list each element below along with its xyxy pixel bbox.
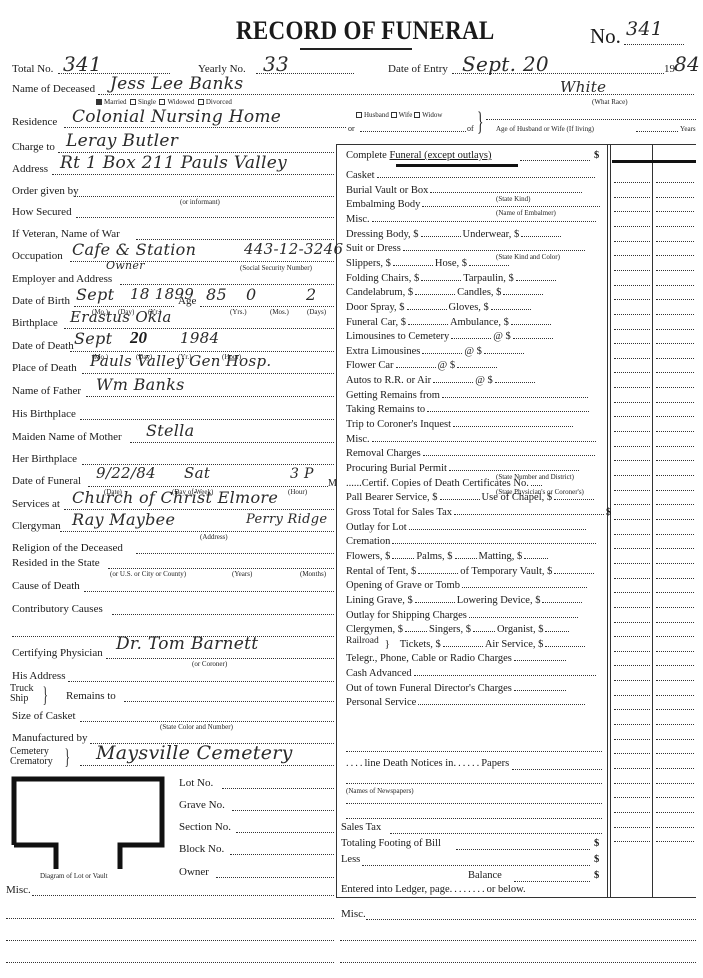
of-label: of [467, 125, 474, 133]
amount-field[interactable] [656, 739, 694, 740]
misc-right-field-3[interactable] [340, 962, 696, 963]
dob-month-field[interactable]: Sept [76, 285, 114, 304]
amount-field[interactable] [656, 431, 694, 432]
amount-field[interactable] [614, 402, 650, 403]
age-years-field[interactable]: 85 [206, 285, 227, 304]
charge-field[interactable] [430, 192, 581, 193]
amount-field[interactable] [614, 241, 650, 242]
lot-no-field[interactable] [222, 788, 334, 789]
amount-field[interactable] [656, 329, 694, 330]
amount-field[interactable] [656, 651, 694, 652]
diagram-caption: Diagram of Lot or Vault [40, 872, 108, 880]
checkbox-icon[interactable] [159, 99, 165, 105]
amount-field[interactable] [656, 827, 694, 828]
charge-field[interactable] [524, 558, 548, 559]
amount-field[interactable] [614, 753, 650, 754]
amount-field[interactable] [656, 709, 694, 710]
resided-caption: (or U.S. or City or County) [110, 570, 186, 578]
charge-field[interactable] [449, 470, 579, 471]
amount-field[interactable] [614, 358, 650, 359]
ledger-label: Entered into Ledger, page........or belo… [341, 884, 526, 896]
mos-caption: (Mos.) [270, 308, 289, 316]
charge-field[interactable] [377, 177, 596, 178]
amount-field[interactable] [656, 548, 694, 549]
casket-size-field[interactable] [80, 721, 334, 722]
amount-field[interactable] [614, 343, 650, 344]
total-no-field[interactable]: 341 [63, 52, 102, 76]
charge-field[interactable] [422, 206, 599, 207]
charge-field[interactable] [372, 441, 596, 442]
address-label: Address [12, 163, 48, 176]
amount-field[interactable] [656, 197, 694, 198]
charge-field[interactable] [392, 558, 414, 559]
dod-month-field[interactable]: Sept [74, 329, 112, 348]
amount-field[interactable] [614, 724, 650, 725]
charge-label: Autos to R.R. or Air [346, 375, 431, 386]
mother-field[interactable]: Stella [146, 421, 194, 440]
wife-checkbox[interactable]: Wife [391, 111, 413, 119]
charge-label: Folding Chairs, $ [346, 273, 419, 284]
charge-label: of Temporary Vault, $ [460, 566, 552, 577]
year-field[interactable]: 84 [674, 52, 700, 76]
charge-field[interactable] [542, 602, 582, 603]
vault-diagram-icon [10, 775, 166, 869]
charge-label: Ambulance, $ [450, 317, 509, 328]
charge-label: Outlay for Shipping Charges [346, 610, 467, 621]
address-field[interactable]: Rt 1 Box 211 Pauls Valley [60, 153, 287, 173]
amount-field[interactable] [656, 665, 694, 666]
railroad-truck-label: Railroad [346, 637, 379, 646]
charge-row: Embalming Body(Name of Embalmer) [346, 199, 602, 211]
amount-field[interactable] [614, 534, 650, 535]
amount-field[interactable] [656, 607, 694, 608]
age-months-field[interactable]: 0 [246, 285, 256, 304]
widowed-checkbox[interactable]: Widowed [159, 98, 194, 106]
charge-row: Outlay for Shipping Charges [346, 610, 580, 622]
amount-field[interactable] [614, 827, 650, 828]
charge-label: Cremation [346, 536, 390, 547]
charge-field[interactable] [491, 309, 531, 310]
occupation-field[interactable]: Cafe & Station [72, 240, 196, 259]
dob-label: Date of Birth [12, 295, 70, 308]
charge-label: Tickets, $ [400, 639, 441, 650]
amount-field[interactable] [656, 314, 694, 315]
amount-field[interactable] [656, 563, 694, 564]
order-given-by-field[interactable] [74, 196, 334, 197]
amount-field[interactable] [614, 680, 650, 681]
amount-field[interactable] [656, 358, 694, 359]
religion-field[interactable] [136, 553, 334, 554]
amount-field[interactable] [614, 563, 650, 564]
or-label: or [348, 125, 355, 133]
amount-field[interactable] [656, 636, 694, 637]
charge-field[interactable] [545, 646, 585, 647]
date-of-entry-field[interactable]: Sept. 20 [462, 52, 549, 76]
amount-field[interactable] [656, 446, 694, 447]
charge-field[interactable] [405, 631, 427, 632]
charge-field[interactable] [409, 529, 586, 530]
misc-right-field-2[interactable] [340, 940, 696, 941]
age-days-field[interactable]: 2 [306, 285, 316, 304]
amount-field[interactable] [614, 739, 650, 740]
charge-row: Candelabrum, $Candles, $ [346, 287, 545, 299]
charge-row: Autos to R.R. or Air@ $ [346, 375, 537, 387]
charge-field[interactable] [511, 324, 551, 325]
contrib-field[interactable] [112, 614, 334, 615]
amount-field[interactable] [614, 211, 650, 212]
amount-field[interactable] [614, 285, 650, 286]
charge-field[interactable] [408, 324, 448, 325]
clergyman-field[interactable]: Ray Maybee [72, 510, 175, 529]
amount-field[interactable] [656, 695, 694, 696]
amount-field[interactable] [614, 460, 650, 461]
charge-field[interactable] [454, 514, 604, 515]
amount-field[interactable] [614, 372, 650, 373]
amount-field[interactable] [614, 255, 650, 256]
casket-size-label: Size of Casket [12, 710, 76, 723]
name-of-deceased-label: Name of Deceased [12, 83, 95, 96]
how-secured-label: How Secured [12, 206, 72, 219]
amount-field[interactable] [656, 270, 694, 271]
order-given-by-label: Order given by [12, 185, 79, 198]
how-secured-field[interactable] [76, 217, 334, 218]
total-no-label: Total No. [12, 63, 53, 76]
yrs-caption: (Yrs.) [230, 308, 247, 316]
charge-field[interactable] [443, 646, 483, 647]
amount-field[interactable] [614, 490, 650, 491]
charge-field[interactable] [433, 382, 473, 383]
funeral-day-field[interactable]: Sat [184, 464, 210, 482]
her-birthplace-label: Her Birthplace [12, 453, 77, 466]
amount-field[interactable] [656, 285, 694, 286]
clergyman-address-field[interactable]: Perry Ridge [246, 512, 327, 527]
funeral-date-field[interactable]: 9/22/84 [96, 464, 156, 482]
ssn-field[interactable]: 443-12-3246 [244, 240, 343, 258]
amount-field[interactable] [656, 783, 694, 784]
physician-field[interactable]: Dr. Tom Barnett [116, 634, 258, 654]
charge-label: Underwear, $ [463, 229, 520, 240]
charge-row: Funeral Car, $Ambulance, $ [346, 317, 553, 329]
amount-field[interactable] [614, 812, 650, 813]
charge-field[interactable] [393, 265, 433, 266]
occupation-label: Occupation [12, 250, 63, 263]
race-field[interactable]: White [560, 78, 606, 96]
charge-label: Telegr., Phone, Cable or Radio Charges [346, 653, 512, 664]
amount-field[interactable] [614, 314, 650, 315]
amount-field[interactable] [656, 797, 694, 798]
charge-field[interactable] [514, 690, 566, 691]
charge-field[interactable] [484, 353, 524, 354]
amount-field[interactable] [614, 797, 650, 798]
checkbox-icon[interactable] [356, 112, 362, 118]
charge-field[interactable] [545, 631, 569, 632]
birthplace-field[interactable]: Erastus Okla [70, 308, 172, 326]
amount-field[interactable] [656, 211, 694, 212]
charge-label: Candelabrum, $ [346, 287, 413, 298]
funeral-hour-caption: (Hour) [288, 488, 307, 496]
record-number-value[interactable]: 341 [626, 18, 663, 40]
amount-field[interactable] [614, 783, 650, 784]
amount-field[interactable] [614, 446, 650, 447]
charge-label: Cash Advanced [346, 668, 412, 679]
checkbox-icon[interactable] [391, 112, 397, 118]
amount-field[interactable] [614, 519, 650, 520]
charge-row: Casket [346, 170, 597, 182]
amount-field[interactable] [656, 255, 694, 256]
charge-field[interactable] [427, 411, 589, 412]
amount-field[interactable] [614, 329, 650, 330]
newspapers-caption: (Names of Newspapers) [346, 787, 414, 795]
divorced-checkbox[interactable]: Divorced [198, 98, 232, 106]
amount-field[interactable] [656, 299, 694, 300]
services-at-label: Services at [12, 498, 60, 511]
amount-field[interactable] [656, 241, 694, 242]
charge-label: Pall Bearer Service, $ [346, 492, 438, 503]
charge-field[interactable] [521, 236, 561, 237]
underline-bar [396, 164, 518, 167]
charge-field[interactable] [418, 573, 458, 574]
charge-label: Misc. [346, 434, 370, 445]
charge-row: Removal Charges [346, 448, 597, 460]
amount-field[interactable] [614, 548, 650, 549]
amount-field[interactable] [656, 182, 694, 183]
amount-field[interactable] [614, 270, 650, 271]
amount-field[interactable] [656, 680, 694, 681]
charge-label: Tarpaulin, $ [463, 273, 514, 284]
amount-field[interactable] [656, 387, 694, 388]
address-caption: (Address) [200, 533, 228, 541]
charge-row: Trip to Coroner's Inquest [346, 419, 575, 431]
charge-row: Pall Bearer Service, $Use of Chapel, $ [346, 492, 596, 504]
charge-field[interactable] [421, 280, 461, 281]
page-title: RECORD OF FUNERAL [236, 16, 495, 46]
father-field[interactable]: Wm Banks [96, 375, 185, 394]
cause-field[interactable] [84, 591, 334, 592]
charge-label: @ $ [438, 360, 456, 371]
amount-field[interactable] [656, 812, 694, 813]
resided-months-caption: (Months) [300, 570, 326, 578]
death-notices-field[interactable] [512, 769, 602, 770]
amount-field[interactable] [656, 592, 694, 593]
amount-field[interactable] [614, 607, 650, 608]
his-address-field[interactable] [68, 681, 334, 682]
charge-to-field[interactable]: Leray Butler [66, 131, 178, 151]
charge-label: Lowering Device, $ [457, 595, 541, 606]
checkbox-checked-icon[interactable] [96, 99, 102, 105]
remains-to-field[interactable] [124, 701, 334, 702]
amount-field[interactable] [614, 622, 650, 623]
amount-field[interactable] [614, 387, 650, 388]
amount-field[interactable] [614, 504, 650, 505]
less-label: Less [341, 854, 360, 866]
charge-field[interactable] [396, 367, 436, 368]
charge-field[interactable] [453, 426, 573, 427]
dod-day-field[interactable]: 20 [130, 328, 147, 348]
charge-field[interactable] [469, 265, 509, 266]
amount-field[interactable] [614, 416, 650, 417]
amount-field[interactable] [656, 402, 694, 403]
charge-label: Out of town Funeral Director's Charges [346, 683, 512, 694]
amount-field[interactable] [656, 416, 694, 417]
resided-field[interactable] [108, 568, 334, 569]
charge-label: Slippers, $ [346, 258, 391, 269]
misc-left-field-3[interactable] [6, 940, 334, 941]
services-at-field[interactable]: Church of Christ Elmore [72, 488, 278, 507]
charge-field[interactable] [423, 455, 595, 456]
charge-field[interactable] [462, 587, 587, 588]
amount-field[interactable] [614, 636, 650, 637]
husband-checkbox[interactable]: Husband [356, 111, 389, 119]
contrib-label: Contributory Causes [12, 603, 103, 616]
place-of-death-field[interactable]: Pauls Valley Gen Hosp. [90, 352, 271, 370]
charge-label: Extra Limousines [346, 346, 420, 357]
yearly-no-field[interactable]: 33 [263, 52, 289, 76]
age-label: Age [178, 295, 196, 308]
dod-year-field[interactable]: 1984 [180, 329, 219, 347]
charge-field[interactable] [418, 704, 585, 705]
charge-field[interactable] [415, 294, 455, 295]
charge-field[interactable] [440, 499, 480, 500]
amount-field[interactable] [656, 534, 694, 535]
amount-field[interactable] [656, 768, 694, 769]
married-checkbox[interactable]: Married [96, 98, 127, 106]
charge-row: Extra Limousines@ $ [346, 346, 526, 358]
title-underline [300, 48, 412, 50]
amount-field[interactable] [614, 651, 650, 652]
charge-label: Gloves, $ [449, 302, 489, 313]
charge-field[interactable] [495, 382, 535, 383]
charge-field[interactable] [455, 558, 477, 559]
amount-field[interactable] [656, 578, 694, 579]
amount-field[interactable] [656, 490, 694, 491]
single-checkbox[interactable]: Single [130, 98, 156, 106]
owner-field[interactable] [216, 877, 334, 878]
amount-field[interactable] [614, 475, 650, 476]
amount-field[interactable] [614, 709, 650, 710]
charge-row: Misc. [346, 434, 598, 446]
charge-field[interactable] [421, 236, 461, 237]
block-no-field[interactable] [230, 854, 334, 855]
charge-label: Limousines to Cemetery [346, 331, 449, 342]
charge-label: Dressing Body, $ [346, 229, 419, 240]
misc-left-field-2[interactable] [6, 918, 334, 919]
charge-field[interactable] [554, 573, 594, 574]
his-birthplace-label: His Birthplace [12, 408, 76, 421]
sales-tax-label: Sales Tax [341, 822, 381, 834]
cemetery-field[interactable]: Maysville Cemetery [96, 742, 293, 764]
amount-field[interactable] [614, 197, 650, 198]
charge-field[interactable] [442, 397, 588, 398]
charge-field[interactable] [457, 367, 497, 368]
brace: } [477, 107, 483, 137]
charge-field[interactable] [451, 338, 491, 339]
charge-field[interactable] [503, 294, 543, 295]
amount-field[interactable] [656, 460, 694, 461]
amount-field[interactable] [656, 724, 694, 725]
misc-right-field[interactable] [366, 919, 696, 920]
amount-field[interactable] [614, 768, 650, 769]
amount-field[interactable] [614, 841, 650, 842]
amount-field[interactable] [614, 431, 650, 432]
amount-field[interactable] [656, 519, 694, 520]
brace: } [385, 639, 390, 650]
spouse-status-group: Husband Wife Widow [356, 111, 442, 119]
amount-field[interactable] [656, 226, 694, 227]
his-birthplace-field[interactable] [80, 419, 334, 420]
totaling-label: Totaling Footing of Bill [341, 838, 441, 850]
charge-field[interactable] [514, 660, 566, 661]
dollar-sign: $ [594, 838, 599, 850]
charge-label: Misc. [346, 214, 370, 225]
charge-field[interactable] [403, 250, 585, 251]
charge-field[interactable] [469, 617, 579, 618]
dollar-sign: $ [594, 870, 599, 882]
charge-label: Organist, $ [497, 624, 543, 635]
charge-field[interactable] [516, 280, 556, 281]
grave-no-field[interactable] [232, 810, 334, 811]
widow-checkbox[interactable]: Widow [414, 111, 442, 119]
checkbox-icon[interactable] [130, 99, 136, 105]
charge-row: Limousines to Cemetery@ $ [346, 331, 555, 343]
misc-left-field-4[interactable] [6, 962, 334, 963]
casket-caption: (State Color and Number) [160, 723, 233, 731]
charge-label: Matting, $ [479, 551, 523, 562]
amount-field[interactable] [614, 665, 650, 666]
charge-field[interactable] [414, 675, 596, 676]
amount-field[interactable] [656, 475, 694, 476]
charge-field[interactable] [392, 543, 595, 544]
amount-field[interactable] [656, 372, 694, 373]
charge-label: Funeral Car, $ [346, 317, 406, 328]
amount-field[interactable] [614, 226, 650, 227]
charge-field[interactable] [513, 338, 553, 339]
charge-row: Out of town Funeral Director's Charges [346, 683, 568, 695]
amount-field[interactable] [614, 695, 650, 696]
checkbox-icon[interactable] [198, 99, 204, 105]
charge-field[interactable] [372, 221, 596, 222]
amount-field[interactable] [656, 504, 694, 505]
charge-field[interactable] [531, 485, 542, 486]
charge-label: Candles, $ [457, 287, 501, 298]
charge-field[interactable] [415, 602, 455, 603]
charge-label: Burial Vault or Box [346, 185, 428, 196]
amount-field[interactable] [614, 592, 650, 593]
lot-diagram[interactable] [10, 775, 166, 869]
amount-field[interactable] [656, 753, 694, 754]
misc-left-field[interactable] [32, 895, 334, 896]
charge-field[interactable] [407, 309, 447, 310]
sales-tax-field[interactable] [390, 833, 602, 834]
amount-field[interactable] [614, 299, 650, 300]
checkbox-icon[interactable] [414, 112, 420, 118]
name-of-deceased-field[interactable]: Jess Lee Banks [110, 74, 243, 94]
charge-row: Cremation [346, 536, 598, 548]
amount-field[interactable] [656, 841, 694, 842]
charge-row: Burial Vault or Box(State Kind) [346, 185, 584, 197]
amount-field[interactable] [614, 578, 650, 579]
charge-row: Railroad}Tickets, $Air Service, $ [346, 639, 587, 651]
residence-field[interactable]: Colonial Nursing Home [72, 107, 281, 127]
charge-row: Outlay for Lot [346, 522, 588, 534]
amount-field[interactable] [656, 343, 694, 344]
charge-field[interactable] [554, 499, 594, 500]
section-no-field[interactable] [236, 832, 334, 833]
charge-field[interactable] [473, 631, 495, 632]
amount-field[interactable] [614, 182, 650, 183]
amount-field[interactable] [656, 622, 694, 623]
funeral-hour-field[interactable]: 3 P [290, 466, 314, 482]
charge-field[interactable] [422, 353, 462, 354]
